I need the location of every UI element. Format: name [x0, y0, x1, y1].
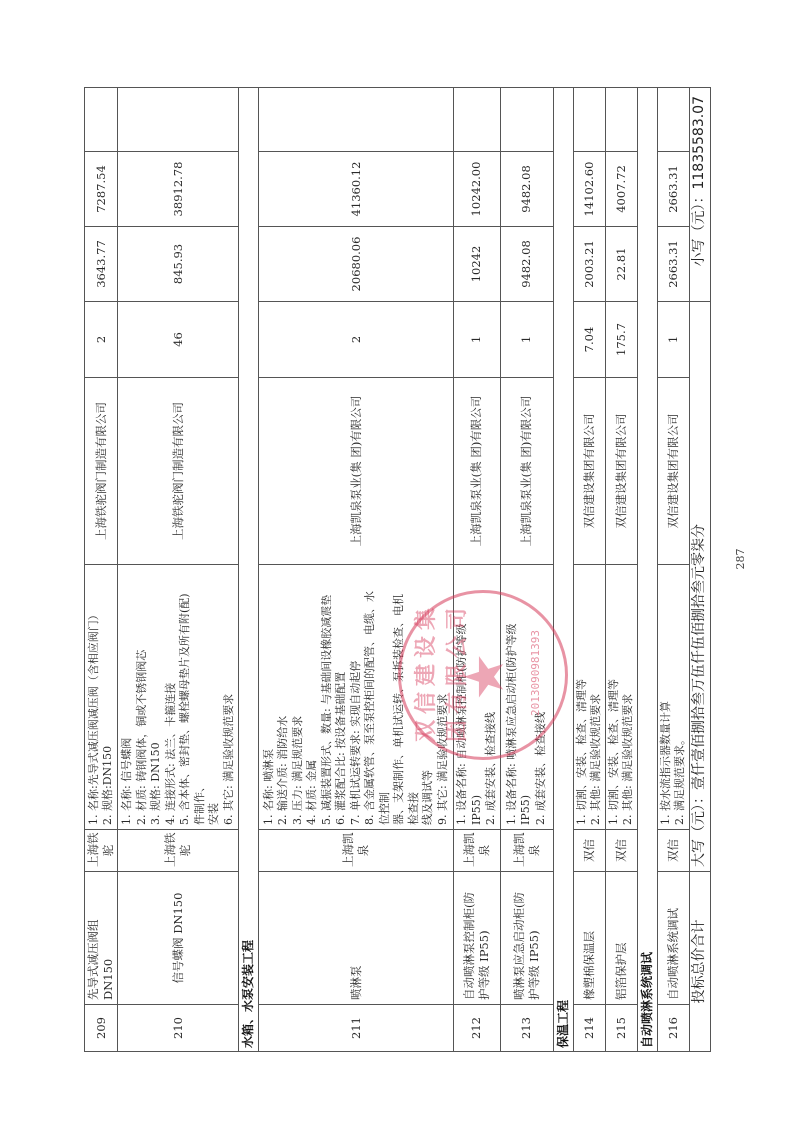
brand-cell: 上海铁驼	[85, 830, 118, 872]
total-price-cell: 2663.31	[657, 152, 689, 227]
page-number: 287	[734, 544, 748, 574]
description-cell: 1. 设备名称: 自动喷淋泵控制柜(防护等级IP55)2. 成套安装、检查接线	[454, 565, 501, 830]
description-cell: 1. 名称:先导式减压阀减压阀（含相应阀门）2. 规格:DN150	[85, 565, 118, 830]
seq-cell: 213	[500, 1005, 553, 1052]
unit-price-cell: 845.93	[118, 227, 239, 302]
remark-cell	[259, 88, 454, 152]
quantity-cell: 1	[657, 302, 689, 378]
item-name-cell: 喷淋泵应急启动柜(防护等级 IP55)	[500, 872, 553, 1005]
item-name-cell: 喷淋泵	[259, 872, 454, 1005]
table-row: 212自动喷淋泵控制柜(防护等级 IP55)上海凯泉1. 设备名称: 自动喷淋泵…	[454, 88, 501, 1052]
table-row: 211喷淋泵上海凯泉1. 名称: 喷淋泵2. 输送介质: 消防给水3. 压力: …	[259, 88, 454, 1052]
remark-cell	[454, 88, 501, 152]
lower-case-label: 小写（元）：	[691, 190, 707, 267]
brand-cell: 上海凯泉	[454, 830, 501, 872]
table-row: 214橡塑棉保温层双信1. 切割、安装、检查、清理等2. 其他: 满足验收规范要…	[573, 88, 605, 1052]
total-price-cell: 9482.08	[500, 152, 553, 227]
section-header-row: 水箱、水泵安装工程	[239, 88, 259, 1052]
manufacturer-cell: 双信建设集团有限公司	[657, 378, 689, 565]
grand-total-in-figures: 小写（元）：11835583.07	[689, 88, 710, 302]
total-price-cell: 41360.12	[259, 152, 454, 227]
unit-price-cell: 2003.21	[573, 227, 605, 302]
brand-cell: 上海铁驼	[118, 830, 239, 872]
upper-case-value: 壹仟壹佰捌拾叁万伍仟伍佰捌拾叁元零柒分	[691, 524, 707, 790]
upper-case-label: 大写（元）：	[691, 790, 707, 867]
remark-cell	[118, 88, 239, 152]
section-title: 水箱、水泵安装工程	[239, 88, 259, 1052]
manufacturer-cell: 上海铁驼阀门制造有限公司	[85, 378, 118, 565]
unit-price-cell: 9482.08	[500, 227, 553, 302]
bid-price-table: 209先导式减压阀组DN150上海铁驼1. 名称:先导式减压阀减压阀（含相应阀门…	[84, 87, 711, 1052]
item-name-cell: 自动喷淋系统调试	[657, 872, 689, 1005]
seq-cell: 214	[573, 1005, 605, 1052]
remark-cell	[573, 88, 605, 152]
seq-cell: 216	[657, 1005, 689, 1052]
brand-cell: 双信	[605, 830, 637, 872]
quantity-cell: 175.7	[605, 302, 637, 378]
section-title: 保温工程	[553, 88, 573, 1052]
description-cell: 1. 切割、安装、检查、清理等2. 其他: 满足验收规范要求	[605, 565, 637, 830]
manufacturer-cell: 上海凯泉泵业(集 团)有限公司	[454, 378, 501, 565]
brand-cell: 上海凯泉	[259, 830, 454, 872]
unit-price-cell: 20680.06	[259, 227, 454, 302]
bid-price-table-sheet: 209先导式减压阀组DN150上海铁驼1. 名称:先导式减压阀减压阀（含相应阀门…	[84, 88, 678, 1052]
remark-cell	[500, 88, 553, 152]
quantity-cell: 2	[85, 302, 118, 378]
manufacturer-cell: 上海凯泉泵业(集 团)有限公司	[500, 378, 553, 565]
section-header-row: 自动喷淋系统调试	[637, 88, 657, 1052]
manufacturer-cell: 上海凯泉泵业(集 团)有限公司	[259, 378, 454, 565]
seq-cell: 209	[85, 1005, 118, 1052]
seq-cell: 215	[605, 1005, 637, 1052]
remark-cell	[657, 88, 689, 152]
table-row: 210信号蝶阀 DN150上海铁驼1. 名称: 信号蝶阀2. 材质: 铸钢阀体，…	[118, 88, 239, 1052]
quantity-cell: 1	[500, 302, 553, 378]
brand-cell: 双信	[573, 830, 605, 872]
brand-cell: 双信	[657, 830, 689, 872]
unit-price-cell: 2663.31	[657, 227, 689, 302]
description-cell: 1. 设备名称: 喷淋泵应急启动柜(防护等级IP55)2. 成套安装、检查接线	[500, 565, 553, 830]
grand-total-label: 投标总价合计	[689, 872, 710, 1052]
description-cell: 1. 按水流指示器数量计算2. 满足规范要求。	[657, 565, 689, 830]
manufacturer-cell: 双信建设集团有限公司	[573, 378, 605, 565]
table-row: 209先导式减压阀组DN150上海铁驼1. 名称:先导式减压阀减压阀（含相应阀门…	[85, 88, 118, 1052]
remark-cell	[85, 88, 118, 152]
description-cell: 1. 名称: 信号蝶阀2. 材质: 铸钢阀体，铜或不锈钢阀芯3. 规格: DN1…	[118, 565, 239, 830]
manufacturer-cell: 上海铁驼阀门制造有限公司	[118, 378, 239, 565]
grand-total-row: 投标总价合计大写（元）：壹仟壹佰捌拾叁万伍仟伍佰捌拾叁元零柒分小写（元）：118…	[689, 88, 710, 1052]
quantity-cell: 46	[118, 302, 239, 378]
total-price-cell: 14102.60	[573, 152, 605, 227]
unit-price-cell: 3643.77	[85, 227, 118, 302]
seq-cell: 211	[259, 1005, 454, 1052]
item-name-cell: 信号蝶阀 DN150	[118, 872, 239, 1005]
total-price-cell: 10242.00	[454, 152, 501, 227]
quantity-cell: 2	[259, 302, 454, 378]
total-price-cell: 4007.72	[605, 152, 637, 227]
item-name-cell: 铝箔保护层	[605, 872, 637, 1005]
item-name-cell: 橡塑棉保温层	[573, 872, 605, 1005]
seq-cell: 210	[118, 1005, 239, 1052]
table-row: 213喷淋泵应急启动柜(防护等级 IP55)上海凯泉1. 设备名称: 喷淋泵应急…	[500, 88, 553, 1052]
grand-total-in-words: 大写（元）：壹仟壹佰捌拾叁万伍仟伍佰捌拾叁元零柒分	[689, 302, 710, 872]
section-title: 自动喷淋系统调试	[637, 88, 657, 1052]
lower-case-value: 11835583.07	[691, 96, 707, 190]
section-header-row: 保温工程	[553, 88, 573, 1052]
description-cell: 1. 名称: 喷淋泵2. 输送介质: 消防给水3. 压力: 满足规范要求4. 材…	[259, 565, 454, 830]
quantity-cell: 1	[454, 302, 501, 378]
total-price-cell: 7287.54	[85, 152, 118, 227]
table-row: 216自动喷淋系统调试双信1. 按水流指示器数量计算2. 满足规范要求。双信建设…	[657, 88, 689, 1052]
unit-price-cell: 10242	[454, 227, 501, 302]
brand-cell: 上海凯泉	[500, 830, 553, 872]
unit-price-cell: 22.81	[605, 227, 637, 302]
manufacturer-cell: 双信建设集团有限公司	[605, 378, 637, 565]
total-price-cell: 38912.78	[118, 152, 239, 227]
seq-cell: 212	[454, 1005, 501, 1052]
item-name-cell: 先导式减压阀组DN150	[85, 872, 118, 1005]
description-cell: 1. 切割、安装、检查、清理等2. 其他: 满足验收规范要求	[573, 565, 605, 830]
remark-cell	[605, 88, 637, 152]
item-name-cell: 自动喷淋泵控制柜(防护等级 IP55)	[454, 872, 501, 1005]
table-row: 215铝箔保护层双信1. 切割、安装、检查、清理等2. 其他: 满足验收规范要求…	[605, 88, 637, 1052]
quantity-cell: 7.04	[573, 302, 605, 378]
